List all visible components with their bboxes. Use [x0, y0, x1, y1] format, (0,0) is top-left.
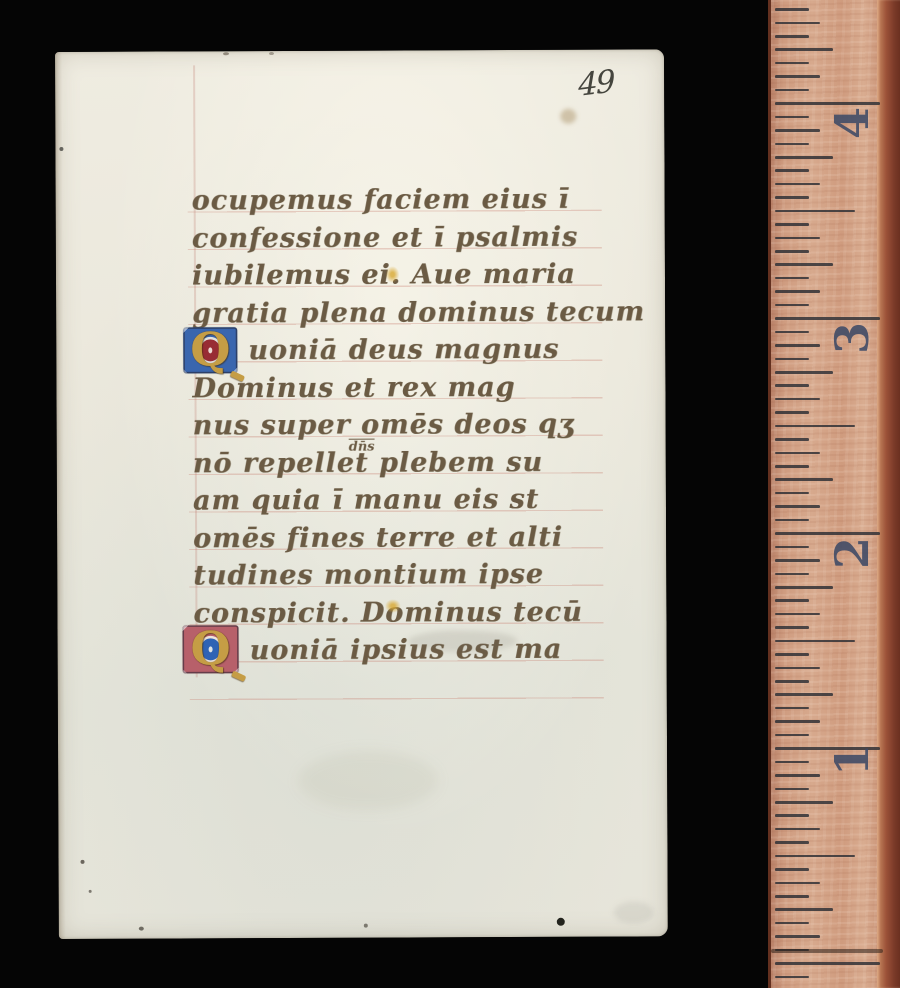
- ruler-tick: [775, 478, 833, 481]
- ruler-tick: [775, 734, 809, 737]
- ruler-bevel-edge: [877, 0, 900, 988]
- manuscript-text-line: uoniā ipsius est ma: [250, 631, 563, 669]
- ruler-tick: [775, 48, 833, 51]
- ruler-tick: [775, 546, 809, 549]
- ruler-end-groove: [771, 949, 883, 953]
- manuscript-text-line: gratia plena dominus tecum: [192, 293, 645, 332]
- initial-letter: Q: [190, 625, 230, 671]
- ruler-tick: [775, 720, 820, 723]
- ruler-inch-number: 2: [828, 524, 876, 582]
- ink-speck: [557, 918, 565, 926]
- edge-speck: [81, 860, 85, 864]
- ink-speck: [59, 147, 63, 151]
- stain-spot: [298, 750, 438, 811]
- manuscript-text-line: conspicit. Dominus tecū: [193, 593, 582, 632]
- ruler-tick: [775, 89, 809, 92]
- manuscript-text-line: tudines montium ipse: [193, 556, 544, 595]
- ruler-tick: [775, 653, 809, 656]
- ruler-inch-number: 4: [828, 94, 876, 152]
- stain-spot: [560, 109, 576, 124]
- ruler-tick: [775, 976, 809, 979]
- ruler-tick: [775, 962, 880, 965]
- photo-of-manuscript-leaf-with-ruler: { "photo": { "background_color": "#05050…: [0, 0, 900, 988]
- edge-speck: [223, 52, 229, 55]
- manuscript-leaf: 49 ocupemus faciem eius ī confessione et…: [55, 49, 668, 939]
- ruler-tick: [775, 882, 820, 885]
- ruler-tick: [775, 331, 809, 334]
- ruler-inch-number: 3: [828, 309, 876, 367]
- ruler-tick: [775, 465, 809, 468]
- manuscript-text-line: omēs fines terre et alti: [193, 518, 563, 557]
- edge-speck: [139, 927, 144, 931]
- ruler-tick: [775, 411, 809, 414]
- ruler-tick: [775, 814, 809, 817]
- edge-speck: [269, 52, 274, 55]
- ruler-tick: [775, 908, 833, 911]
- ruler-tick: [775, 801, 833, 804]
- ruler-tick: [775, 169, 809, 172]
- folio-number: 49: [578, 63, 614, 104]
- ruler-tick: [775, 371, 833, 374]
- manuscript-text-line: nus super omēs deos qʒ: [193, 406, 575, 445]
- ruler-tick: [775, 75, 820, 78]
- ruler-tick: [775, 35, 809, 38]
- manuscript-text-line: uoniā deus magnus: [248, 331, 559, 369]
- ruler-tick: [775, 505, 820, 508]
- ruler-tick: [775, 156, 833, 159]
- ruler-tick: [775, 223, 809, 226]
- ruler-tick: [775, 855, 855, 858]
- ruler-tick: [775, 640, 855, 643]
- ruler-tick: [775, 693, 833, 696]
- ruler-tick: [775, 263, 833, 266]
- ruler-tick: [775, 237, 820, 240]
- ruler-tick: [775, 559, 820, 562]
- ruler-tick: [775, 680, 809, 683]
- ruler-tick: [775, 452, 820, 455]
- ruler-tick: [775, 210, 855, 213]
- manuscript-text-line: iubilemus ei. Aue maria: [192, 256, 576, 295]
- ruler-tick: [775, 250, 809, 253]
- ruler-tick: [775, 667, 820, 670]
- manuscript-text-line: am quia ī manu eis st: [193, 481, 539, 520]
- ruler-tick: [775, 761, 809, 764]
- edge-speck: [89, 890, 92, 893]
- ruler-tick: [775, 344, 820, 347]
- illuminated-initial: Q: [183, 625, 239, 673]
- ruler-tick: [775, 599, 809, 602]
- ruler-tick: [775, 425, 855, 428]
- ruler-tick: [775, 290, 820, 293]
- ruler-tick: [775, 573, 809, 576]
- ruler-tick: [775, 438, 809, 441]
- ruler-tick: [775, 358, 809, 361]
- ruler-tick: [775, 304, 809, 307]
- interlinear-insertion: dn̄s: [349, 440, 375, 455]
- ruler-tick: [775, 788, 809, 791]
- ruler-tick: [775, 196, 809, 199]
- ruler-tick: [775, 8, 809, 11]
- ruler-tick: [775, 116, 809, 119]
- ruler-tick: [775, 935, 820, 938]
- initial-letter: Q: [190, 326, 230, 372]
- ruler-tick: [775, 895, 809, 898]
- manuscript-text-line: ocupemus faciem eius ī: [192, 181, 570, 220]
- stain-spot: [614, 901, 654, 923]
- ruler-tick: [775, 129, 820, 132]
- ruler-inch-number: 1: [828, 731, 876, 789]
- ruler-tick: [775, 841, 809, 844]
- ruler-tick: [775, 143, 809, 146]
- ink-speck: [364, 924, 368, 928]
- manuscript-text-line: confessione et ī psalmis: [192, 218, 578, 257]
- ruler-tick: [775, 22, 820, 25]
- ruler-tick: [775, 586, 833, 589]
- wooden-ruler: 4 3 2 1: [768, 0, 900, 988]
- ruler-tick: [775, 384, 809, 387]
- ruler-tick: [775, 626, 809, 629]
- ruler-tick: [775, 868, 809, 871]
- ruler-tick: [775, 519, 809, 522]
- initial-tail: [231, 671, 246, 682]
- ruler-tick: [775, 774, 820, 777]
- illuminated-initial: Q: [183, 327, 237, 373]
